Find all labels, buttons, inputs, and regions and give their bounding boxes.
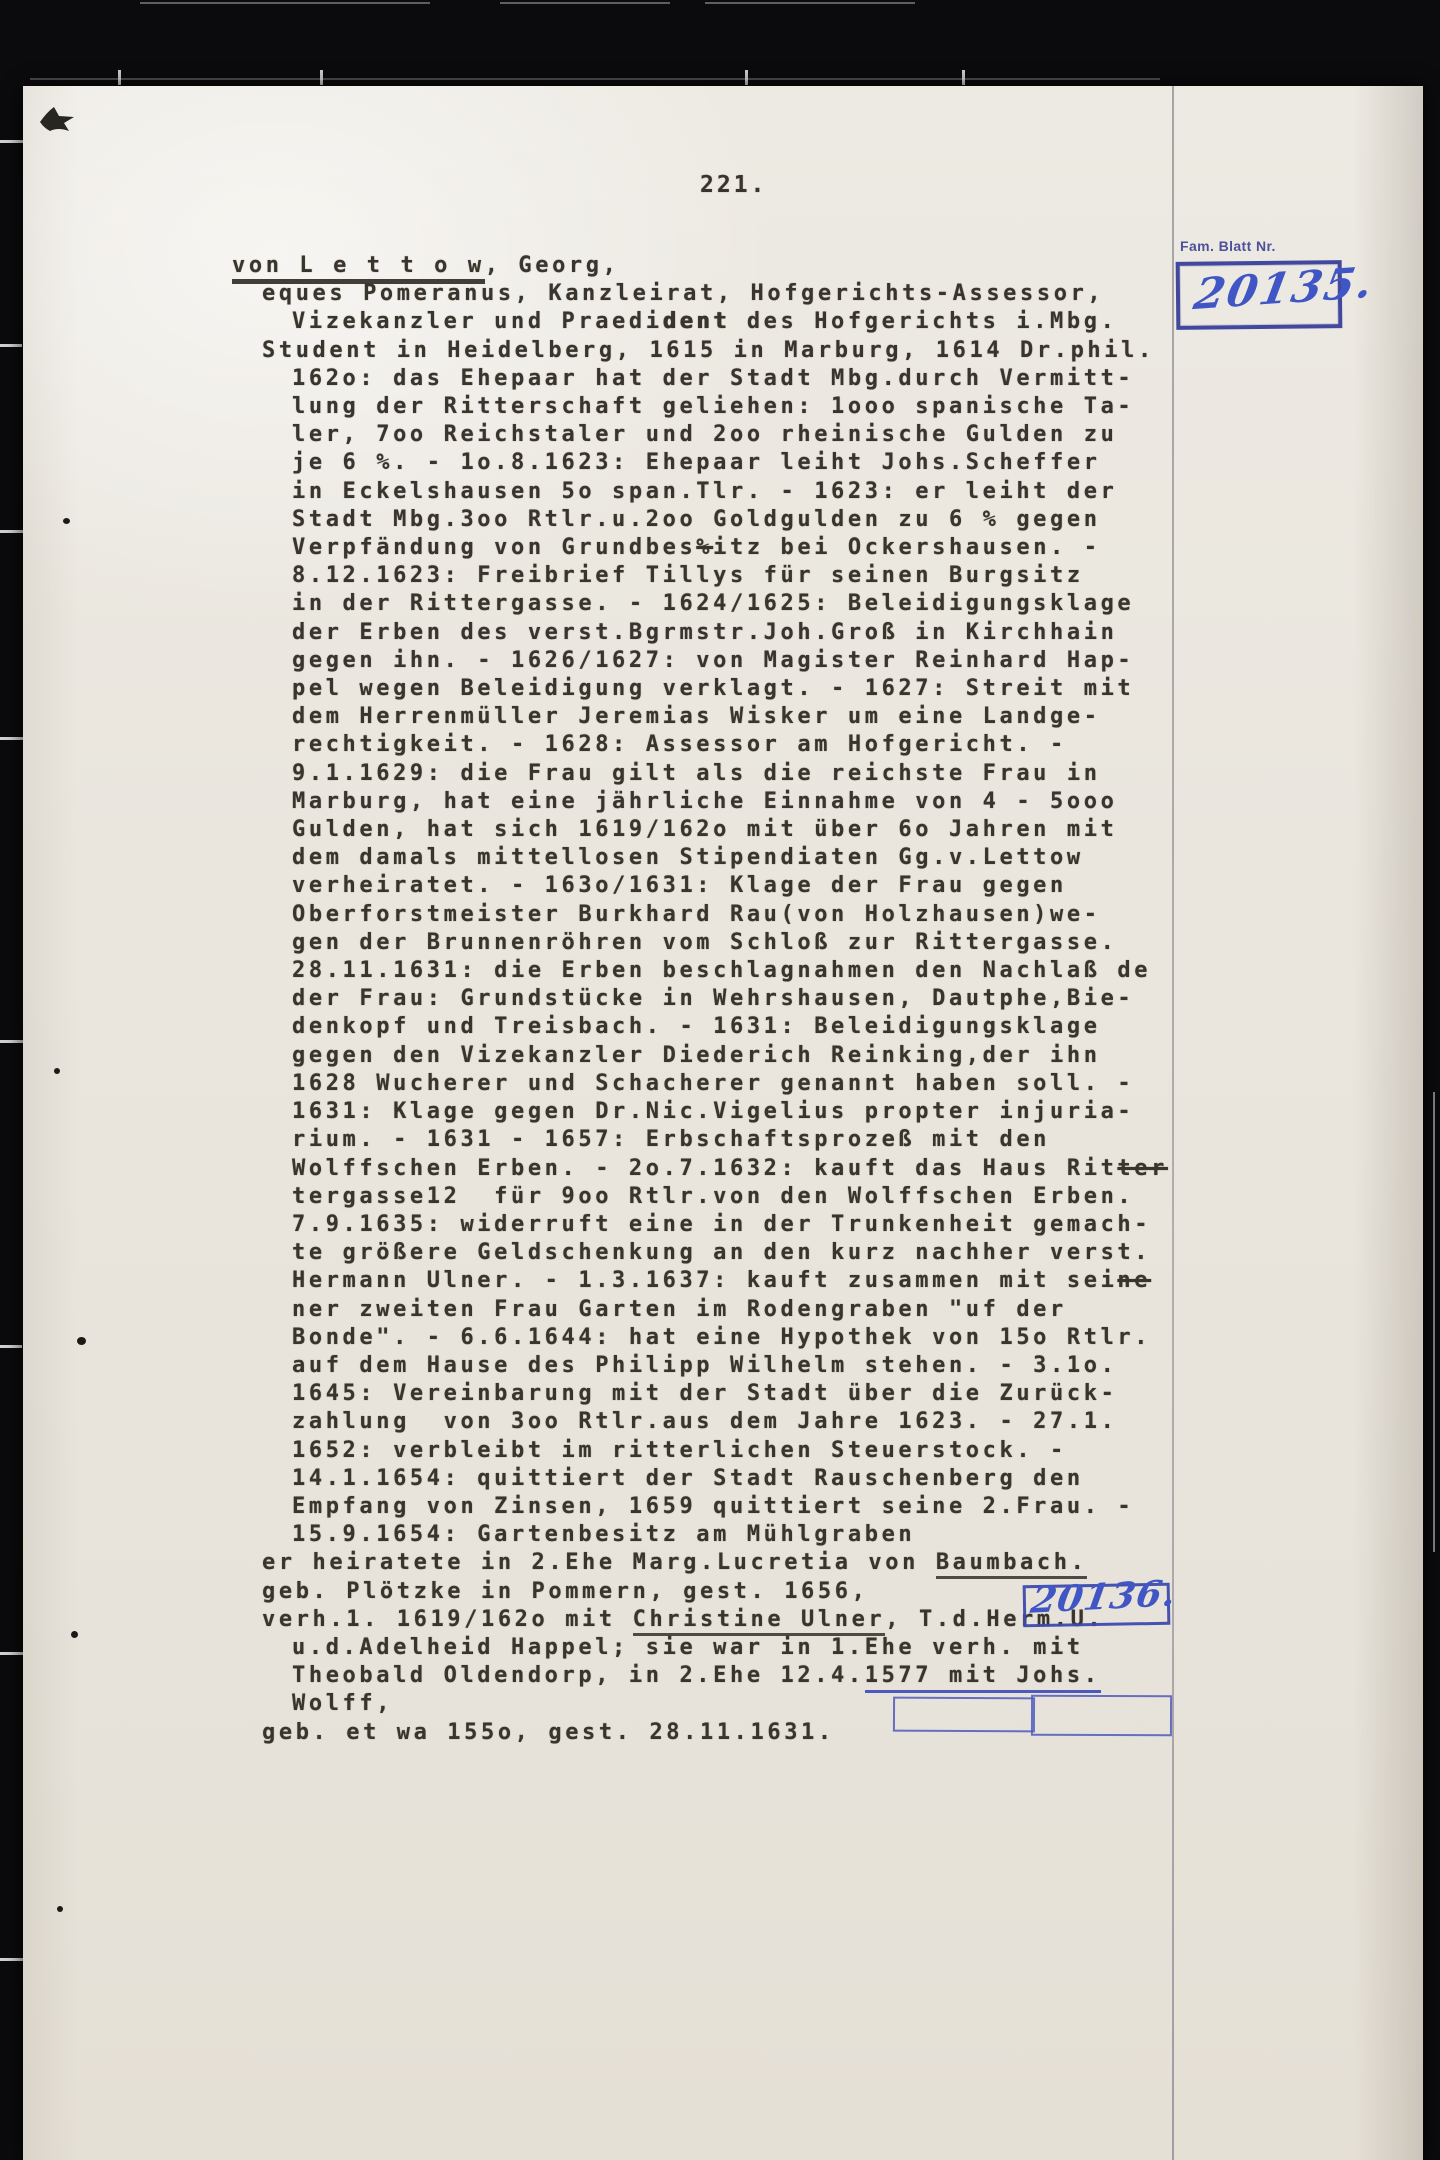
text-line: pel wegen Beleidigung verklagt. - 1627: … (292, 675, 1332, 703)
text-segment: Christine Ulner (633, 1607, 886, 1636)
text-segment: Hermann Ulner. - 1.3.1637: kauft zusamme… (292, 1268, 1117, 1293)
dust-speck (71, 1631, 78, 1638)
handwritten-number: 20136. (1028, 1572, 1180, 1621)
text-segment: geb. Plötzke in Pommern, gest. 1656, (262, 1579, 868, 1604)
text-segment: , Georg, (485, 253, 620, 278)
text-line: 1645: Vereinbarung mit der Stadt über di… (292, 1380, 1332, 1408)
text-segment: Baumbach. (936, 1550, 1088, 1579)
text-segment: zahlung von 3oo Rtlr.aus dem Jahre 1623.… (292, 1409, 1117, 1434)
text-line: auf dem Hause des Philipp Wilhelm stehen… (292, 1352, 1332, 1380)
text-line: te größere Geldschenkung an den kurz nac… (292, 1239, 1332, 1267)
text-segment: verheiratet. - 163o/1631: Klage der Frau… (292, 873, 1067, 898)
text-segment: Gulden, hat sich 1619/162o mit über 6o J… (292, 817, 1117, 842)
text-line: Bonde". - 6.6.1644: hat eine Hypothek vo… (292, 1324, 1332, 1352)
text-line: 1628 Wucherer und Schacherer genannt hab… (292, 1070, 1332, 1098)
text-line: zahlung von 3oo Rtlr.aus dem Jahre 1623.… (292, 1408, 1332, 1436)
text-line: tergasse12 für 9oo Rtlr.von den Wolffsch… (292, 1183, 1332, 1211)
film-ruler-mark (0, 737, 24, 740)
text-line: 1631: Klage gegen Dr.Nic.Vigelius propte… (292, 1098, 1332, 1126)
film-ruler-mark (0, 1958, 24, 1961)
text-segment: te größere Geldschenkung an den kurz nac… (292, 1240, 1151, 1265)
text-line: Oberforstmeister Burkhard Rau(von Holzha… (292, 901, 1332, 929)
text-line: Wolff, (292, 1690, 1332, 1718)
text-line: Empfang von Zinsen, 1659 quittiert seine… (292, 1493, 1332, 1521)
text-line: verheiratet. - 163o/1631: Klage der Frau… (292, 872, 1332, 900)
text-segment: des Hofgerichts i.Mbg. (730, 309, 1117, 334)
text-segment: 28.11.1631: die Erben beschlagnahmen den… (292, 958, 1151, 983)
dust-speck (54, 1068, 60, 1074)
text-segment: denkopf und Treisbach. - 1631: Beleidigu… (292, 1014, 1101, 1039)
text-line: ner zweiten Frau Garten im Rodengraben "… (292, 1296, 1332, 1324)
text-segment: tergasse12 für 9oo Rtlr.von den Wolffsch… (292, 1184, 1134, 1209)
text-line: in der Rittergasse. - 1624/1625: Beleidi… (292, 590, 1332, 618)
text-segment: Wolff, (292, 1691, 393, 1716)
text-segment: Marburg, hat eine jährliche Einnahme von… (292, 789, 1117, 814)
scanned-archive-image: { "page": { "number": "221." }, "stamps"… (0, 0, 1440, 2160)
text-segment: lung der Ritterschaft geliehen: 1ooo spa… (292, 394, 1134, 419)
text-segment: auf dem Hause des Philipp Wilhelm stehen… (292, 1353, 1117, 1378)
text-segment: ne (1117, 1268, 1151, 1293)
text-line: Gulden, hat sich 1619/162o mit über 6o J… (292, 816, 1332, 844)
text-segment: 9.1.1629: die Frau gilt als die reichste… (292, 761, 1101, 786)
text-segment: ter (1117, 1156, 1168, 1181)
text-segment: Student in Heidelberg, 1615 in Marburg, … (262, 338, 1155, 363)
typewritten-text: von L e t t o w, Georg,eques Pomeranus, … (232, 252, 1332, 1747)
text-segment: je 6 %. - 1o.8.1623: Ehepaar leiht Johs.… (292, 450, 1101, 475)
text-line: 9.1.1629: die Frau gilt als die reichste… (292, 760, 1332, 788)
text-segment: Verpfändung von Grundbes (292, 535, 696, 560)
text-line: 15.9.1654: Gartenbesitz am Mühlgraben (292, 1521, 1332, 1549)
text-line: Wolffschen Erben. - 2o.7.1632: kauft das… (292, 1155, 1332, 1183)
film-top-dash (140, 2, 430, 4)
film-scratch (1433, 1092, 1435, 1552)
text-segment: u.d.Adelheid Happel; sie war in 1.Ehe ve… (292, 1635, 1084, 1660)
stamp-label: Fam. Blatt Nr. (1180, 238, 1276, 254)
text-line: u.d.Adelheid Happel; sie war in 1.Ehe ve… (292, 1634, 1332, 1662)
text-segment: 14.1.1654: quittiert der Stadt Rauschenb… (292, 1466, 1084, 1491)
text-segment: eques Pomeranus, Kanzleirat, Hofgerichts… (262, 281, 1104, 306)
film-ruler-mark (0, 344, 22, 347)
text-line: ler, 7oo Reichstaler und 2oo rheinische … (292, 421, 1332, 449)
film-top-dash (705, 2, 915, 4)
text-segment: Stadt Mbg.3oo Rtlr.u.2oo Goldgulden zu 6… (292, 507, 1101, 532)
text-line: der Frau: Grundstücke in Wehrshausen, Da… (292, 985, 1332, 1013)
text-segment: rium. - 1631 - 1657: Erbschaftsprozeß mi… (292, 1127, 1050, 1152)
text-segment: ner zweiten Frau Garten im Rodengraben "… (292, 1297, 1067, 1322)
text-segment: Theobald Oldendorp, in 2.Ehe 12.4. (292, 1663, 865, 1688)
text-segment: in der Rittergasse. - 1624/1625: Beleidi… (292, 591, 1134, 616)
text-line: rium. - 1631 - 1657: Erbschaftsprozeß mi… (292, 1126, 1332, 1154)
film-tick (745, 70, 748, 85)
text-segment: 1628 Wucherer und Schacherer genannt hab… (292, 1071, 1134, 1096)
text-segment: gegen ihn. - 1626/1627: von Magister Rei… (292, 648, 1134, 673)
dust-speck (57, 1906, 63, 1912)
text-line: je 6 %. - 1o.8.1623: Ehepaar leiht Johs.… (292, 449, 1332, 477)
film-top-dash (500, 2, 670, 4)
text-segment: Oberforstmeister Burkhard Rau(von Holzha… (292, 902, 1101, 927)
text-segment: 1631: Klage gegen Dr.Nic.Vigelius propte… (292, 1099, 1134, 1124)
text-segment: 1645: Vereinbarung mit der Stadt über di… (292, 1381, 1117, 1406)
text-line: Marburg, hat eine jährliche Einnahme von… (292, 788, 1332, 816)
text-line: gegen den Vizekanzler Diederich Reinking… (292, 1042, 1332, 1070)
text-segment: dem Herrenmüller Jeremias Wisker um eine… (292, 704, 1101, 729)
text-line: lung der Ritterschaft geliehen: 1ooo spa… (292, 393, 1332, 421)
page-number: 221. (700, 172, 767, 198)
text-line: von L e t t o w, Georg, (232, 252, 1332, 280)
text-segment: gegen den Vizekanzler Diederich Reinking… (292, 1043, 1101, 1068)
text-line: Theobald Oldendorp, in 2.Ehe 12.4.1577 m… (292, 1662, 1332, 1690)
text-segment: rechtigkeit. - 1628: Assessor am Hofgeri… (292, 732, 1067, 757)
text-line: 14.1.1654: quittiert der Stadt Rauschenb… (292, 1465, 1332, 1493)
text-line: Student in Heidelberg, 1615 in Marburg, … (262, 337, 1332, 365)
film-tick (962, 70, 965, 85)
text-line: 8.12.1623: Freibrief Tillys für seinen B… (292, 562, 1332, 590)
film-tick (118, 70, 121, 85)
text-line: Verpfändung von Grundbes%itz bei Ockersh… (292, 534, 1332, 562)
text-segment: 7.9.1635: widerruft eine in der Trunkenh… (292, 1212, 1151, 1237)
text-segment: 15.9.1654: Gartenbesitz am Mühlgraben (292, 1522, 915, 1547)
dust-speck (63, 518, 70, 524)
text-line: 7.9.1635: widerruft eine in der Trunkenh… (292, 1211, 1332, 1239)
text-segment: verh.1. 1619/162o mit (262, 1607, 633, 1632)
text-segment: gen der Brunnenröhren vom Schloß zur Rit… (292, 930, 1117, 955)
text-segment: 8.12.1623: Freibrief Tillys für seinen B… (292, 563, 1084, 588)
text-segment: 162o: das Ehepaar hat der Stadt Mbg.durc… (292, 366, 1134, 391)
text-segment: dem damals mittellosen Stipendiaten Gg.v… (292, 845, 1084, 870)
pen-drawn-box (1031, 1695, 1172, 1736)
text-line: 162o: das Ehepaar hat der Stadt Mbg.durc… (292, 365, 1332, 393)
text-line: der Erben des verst.Bgrmstr.Joh.Groß in … (292, 619, 1332, 647)
film-tick (320, 70, 323, 85)
text-segment: der Frau: Grundstücke in Wehrshausen, Da… (292, 986, 1134, 1011)
text-segment: Wolffschen Erben. - 2o.7.1632: kauft das… (292, 1156, 1117, 1181)
text-segment: geb. et wa 155o, gest. 28.11.1631. (262, 1720, 835, 1745)
text-line: Hermann Ulner. - 1.3.1637: kauft zusamme… (292, 1267, 1332, 1295)
text-line: denkopf und Treisbach. - 1631: Beleidigu… (292, 1013, 1332, 1041)
text-segment: Bonde". - 6.6.1644: hat eine Hypothek vo… (292, 1325, 1151, 1350)
text-segment: 1652: verbleibt im ritterlichen Steuerst… (292, 1438, 1067, 1463)
text-segment: der Erben des verst.Bgrmstr.Joh.Groß in … (292, 620, 1117, 645)
text-segment: dent (663, 309, 730, 334)
text-segment: itz bei Ockershausen. - (713, 535, 1100, 560)
film-top-line (30, 78, 1160, 80)
dust-speck (77, 1337, 86, 1345)
text-line: gen der Brunnenröhren vom Schloß zur Rit… (292, 929, 1332, 957)
text-line: rechtigkeit. - 1628: Assessor am Hofgeri… (292, 731, 1332, 759)
pen-drawn-box (893, 1697, 1035, 1733)
text-line: eques Pomeranus, Kanzleirat, Hofgerichts… (262, 280, 1332, 308)
text-line: 1652: verbleibt im ritterlichen Steuerst… (292, 1437, 1332, 1465)
text-segment: in Eckelshausen 5o span.Tlr. - 1623: er … (292, 479, 1117, 504)
text-segment: % (696, 535, 713, 560)
text-segment: 1577 mit Johs. (865, 1663, 1101, 1693)
text-line: dem Herrenmüller Jeremias Wisker um eine… (292, 703, 1332, 731)
text-segment: er heiratete in 2.Ehe Marg.Lucretia von (262, 1550, 936, 1575)
text-line: gegen ihn. - 1626/1627: von Magister Rei… (292, 647, 1332, 675)
text-line: Stadt Mbg.3oo Rtlr.u.2oo Goldgulden zu 6… (292, 506, 1332, 534)
film-ruler-mark (0, 1345, 22, 1348)
text-line: 28.11.1631: die Erben beschlagnahmen den… (292, 957, 1332, 985)
text-segment: Vizekanzler und Praedi (292, 309, 663, 334)
text-line: dem damals mittellosen Stipendiaten Gg.v… (292, 844, 1332, 872)
text-line: in Eckelshausen 5o span.Tlr. - 1623: er … (292, 478, 1332, 506)
text-segment: ler, 7oo Reichstaler und 2oo rheinische … (292, 422, 1117, 447)
text-segment: Empfang von Zinsen, 1659 quittiert seine… (292, 1494, 1134, 1519)
text-segment: pel wegen Beleidigung verklagt. - 1627: … (292, 676, 1134, 701)
ink-mark (38, 104, 80, 138)
